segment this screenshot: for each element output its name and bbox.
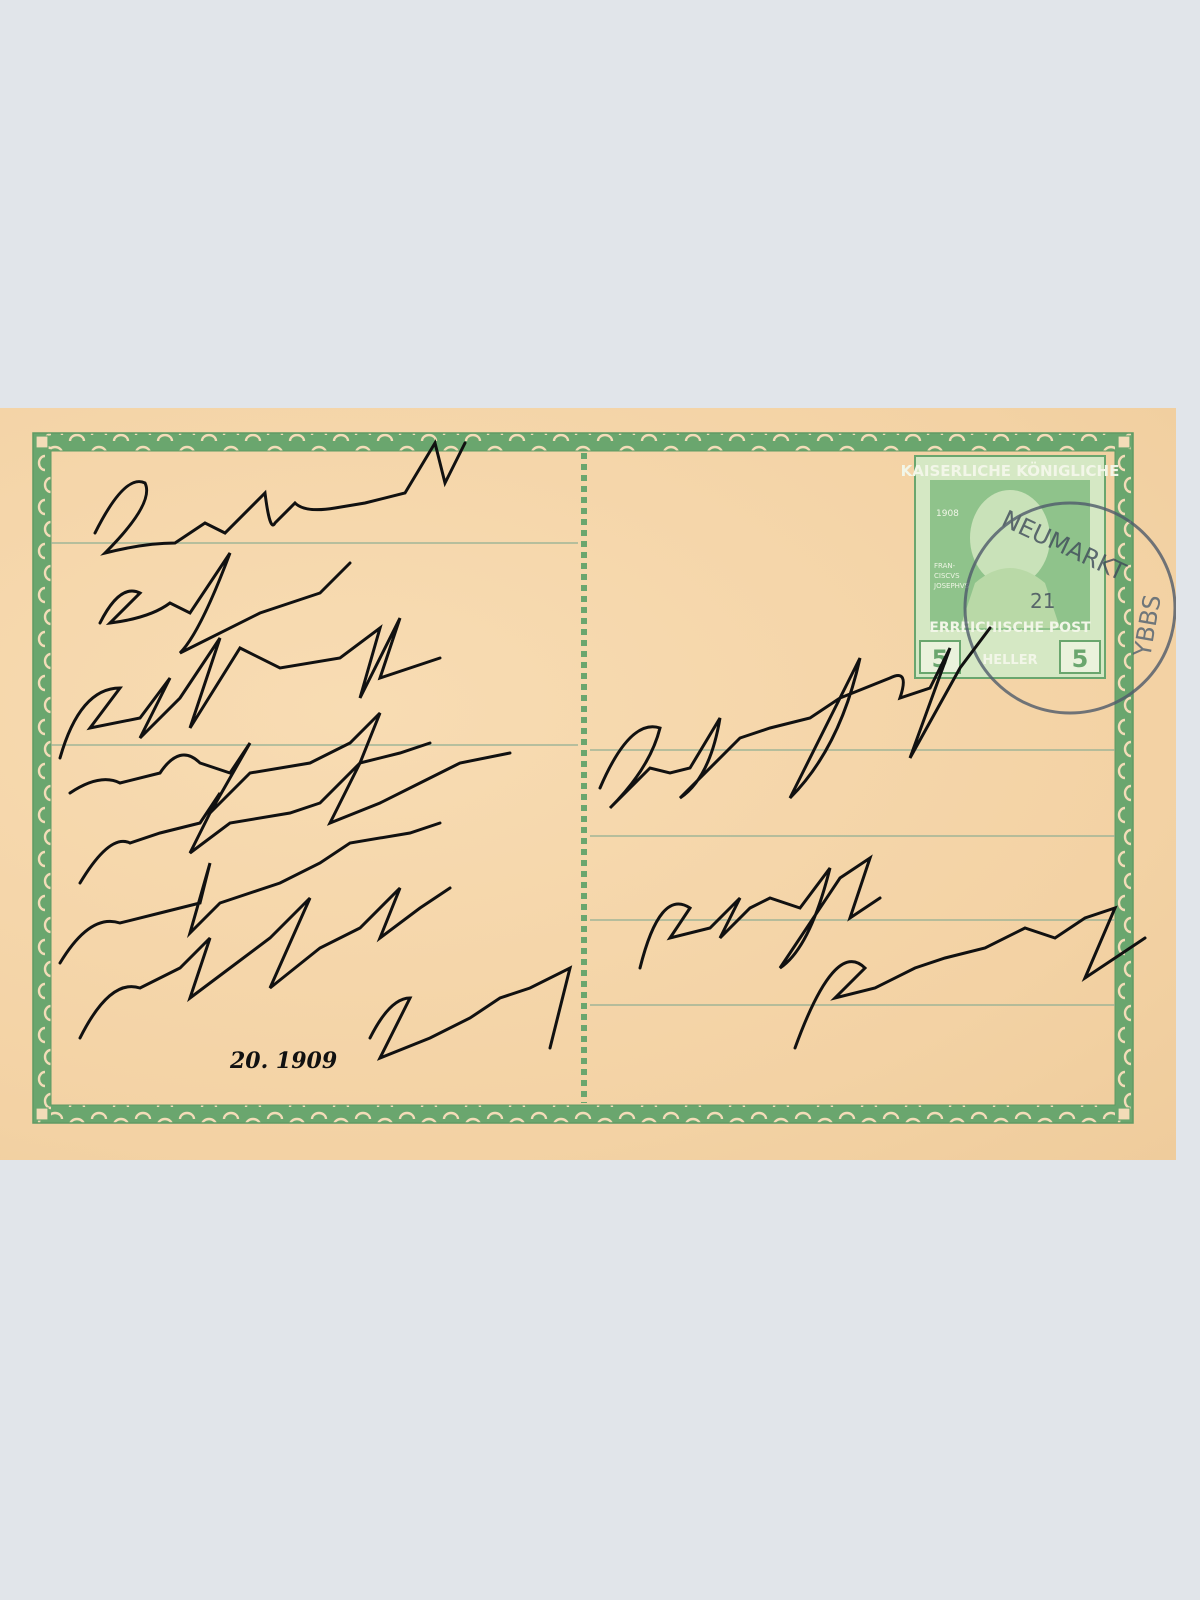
stamp-legend: FRAN-: [934, 562, 956, 570]
postmark-region: YBBS: [1128, 593, 1167, 660]
postmark-date: 21: [1030, 589, 1055, 613]
postcard: KAISERLICHE KÖNIGLICHE 1908 FRAN- CISCVS…: [0, 408, 1176, 1160]
stamp-year: 1908: [936, 509, 959, 519]
stamp-legend: CISCVS: [934, 572, 960, 580]
handwritten-address: [600, 628, 1145, 1048]
stamp-value-right: 5: [1072, 645, 1089, 673]
message-date: 20. 1909: [229, 1048, 337, 1074]
stamp-bottom-text: ERREICHISCHE POST: [929, 620, 1091, 636]
stamp-top-text: KAISERLICHE KÖNIGLICHE: [901, 461, 1120, 480]
postcard-artwork: KAISERLICHE KÖNIGLICHE 1908 FRAN- CISCVS…: [0, 408, 1176, 1160]
stamp-denomination: HELLER: [982, 653, 1037, 668]
stamp-legend: JOSEPHVS: [933, 582, 970, 590]
handwritten-message: 20. 1909: [60, 443, 570, 1074]
